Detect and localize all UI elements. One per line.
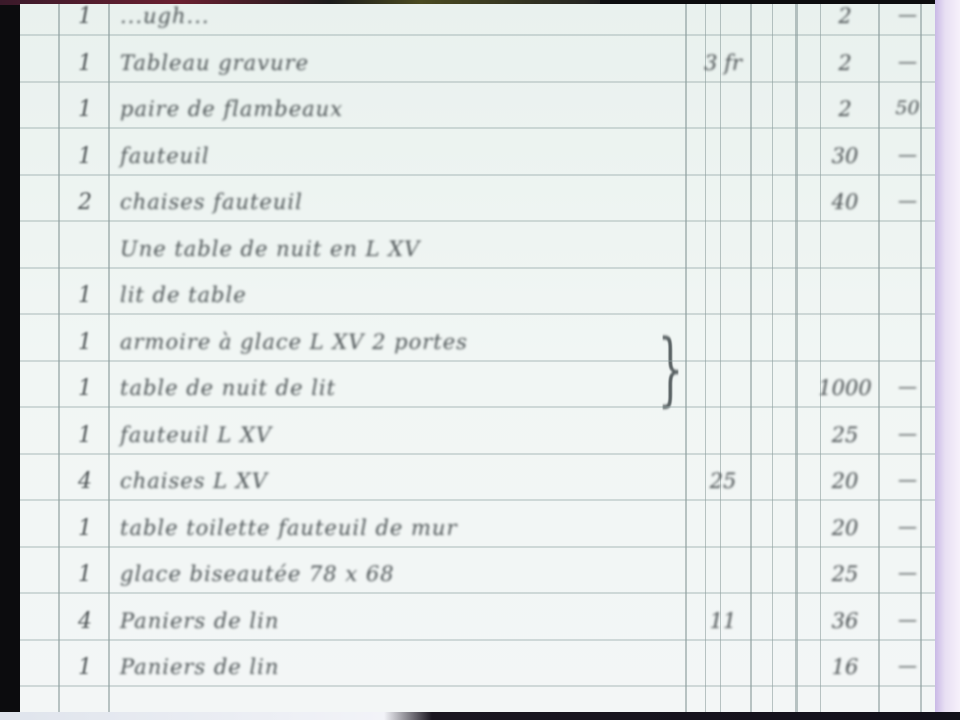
item-quantity: 2 <box>78 190 118 215</box>
item-description: armoire à glace L XV 2 portes <box>120 330 680 354</box>
ledger-row: 1lit de table <box>20 275 935 321</box>
item-quantity: 1 <box>78 283 118 308</box>
item-francs: 20 <box>810 469 880 493</box>
item-description: ...ugh... <box>120 4 680 28</box>
item-quantity: 1 <box>78 330 118 355</box>
bottom-edge <box>0 712 960 720</box>
item-francs: 2 <box>810 97 880 121</box>
item-centimes: — <box>880 516 935 538</box>
item-description: Tableau gravure <box>120 51 680 75</box>
item-francs: 2 <box>810 4 880 28</box>
item-francs: 20 <box>810 516 880 540</box>
ledger-row: 1Tableau gravure3 fr2— <box>20 43 935 89</box>
ledger-row: 4Paniers de lin1136— <box>20 601 935 647</box>
item-quantity: 1 <box>78 655 118 680</box>
item-francs: 25 <box>810 562 880 586</box>
item-centimes: — <box>880 609 935 631</box>
ledger-row: 1paire de flambeaux250 <box>20 89 935 135</box>
item-description: chaises L XV <box>120 469 680 493</box>
item-description: table toilette fauteuil de mur <box>120 516 680 540</box>
item-centimes: — <box>880 423 935 445</box>
ledger-row: 1table toilette fauteuil de mur20— <box>20 508 935 554</box>
item-francs: 25 <box>810 423 880 447</box>
item-description: fauteuil L XV <box>120 423 680 447</box>
item-centimes: 50 <box>880 97 935 119</box>
ledger-page: } 1...ugh...2—1Tableau gravure3 fr2—1pai… <box>20 4 935 716</box>
ledger-row: 2chaises fauteuil40— <box>20 182 935 228</box>
ledger-row: 1Paniers de lin16— <box>20 647 935 693</box>
item-unit-amount: 11 <box>688 609 758 633</box>
item-unit-amount: 25 <box>688 469 758 493</box>
item-quantity: 1 <box>78 562 118 587</box>
item-francs: 1000 <box>810 376 880 400</box>
item-description: lit de table <box>120 283 680 307</box>
item-quantity: 1 <box>78 376 118 401</box>
item-description: Paniers de lin <box>120 609 680 633</box>
ledger-row: 4chaises L XV2520— <box>20 461 935 507</box>
ledger-row: 1table de nuit de lit1000— <box>20 368 935 414</box>
item-quantity: 1 <box>78 97 118 122</box>
item-unit-amount: 3 fr <box>688 51 758 75</box>
ledger-row: 1armoire à glace L XV 2 portes <box>20 322 935 368</box>
item-francs: 16 <box>810 655 880 679</box>
item-centimes: — <box>880 562 935 584</box>
item-centimes: — <box>880 655 935 677</box>
ledger-row: 1glace biseautée 78 x 6825— <box>20 554 935 600</box>
item-francs: 2 <box>810 51 880 75</box>
item-centimes: — <box>880 376 935 398</box>
ledger-row: 1...ugh...2— <box>20 0 935 42</box>
item-quantity: 1 <box>78 4 118 29</box>
item-quantity: 1 <box>78 423 118 448</box>
item-centimes: — <box>880 469 935 491</box>
item-description: paire de flambeaux <box>120 97 680 121</box>
item-centimes: — <box>880 144 935 166</box>
item-quantity: 1 <box>78 516 118 541</box>
item-description: chaises fauteuil <box>120 190 680 214</box>
ledger-row: 1fauteuil L XV25— <box>20 415 935 461</box>
item-description: Une table de nuit en L XV <box>120 237 680 261</box>
item-centimes: — <box>880 190 935 212</box>
ledger-row: 1fauteuil30— <box>20 136 935 182</box>
right-page-edge <box>935 0 960 720</box>
item-francs: 30 <box>810 144 880 168</box>
item-centimes: — <box>880 4 935 26</box>
item-description: table de nuit de lit <box>120 376 680 400</box>
ledger-row: Une table de nuit en L XV <box>20 229 935 275</box>
item-description: glace biseautée 78 x 68 <box>120 562 680 586</box>
item-description: fauteuil <box>120 144 680 168</box>
item-description: Paniers de lin <box>120 655 680 679</box>
item-quantity: 1 <box>78 144 118 169</box>
item-francs: 36 <box>810 609 880 633</box>
item-centimes: — <box>880 51 935 73</box>
item-francs: 40 <box>810 190 880 214</box>
item-quantity: 4 <box>78 469 118 494</box>
item-quantity: 1 <box>78 51 118 76</box>
item-quantity: 4 <box>78 609 118 634</box>
